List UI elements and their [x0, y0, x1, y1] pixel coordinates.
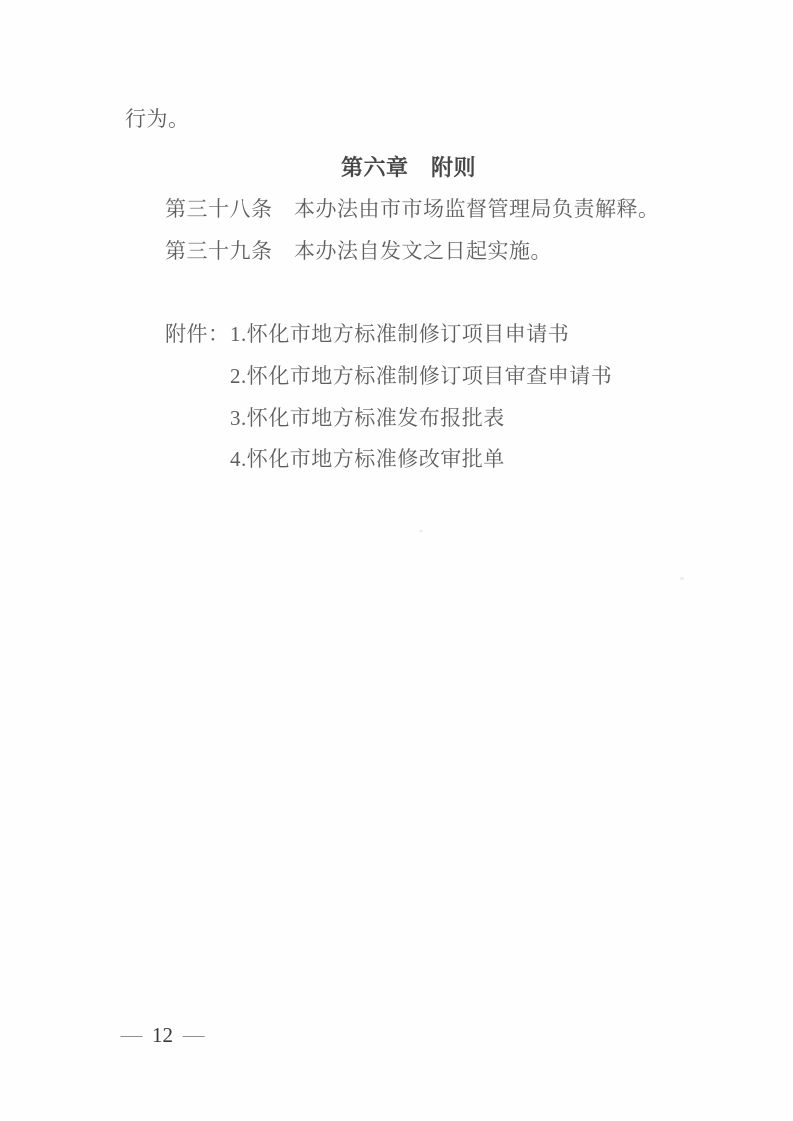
footer-dash-right: — — [183, 1023, 205, 1048]
chapter-heading: 第六章 附则 — [341, 155, 476, 180]
attachment-item-2: 2.怀化市地方标准制修订项目审查申请书 — [230, 364, 612, 389]
scan-speck — [419, 530, 423, 532]
page-footer: — 12 — — [122, 1023, 203, 1048]
article-38: 第三十八条 本办法由市市场监督管理局负责解释。 — [165, 197, 660, 222]
attachment-item-1: 1.怀化市地方标准制修订项目申请书 — [230, 322, 569, 347]
attachment-item-3: 3.怀化市地方标准发布报批表 — [230, 406, 505, 431]
article-39: 第三十九条 本办法自发文之日起实施。 — [165, 239, 552, 264]
attachments-label: 附件： — [165, 322, 230, 347]
footer-dash-left: — — [121, 1023, 143, 1048]
attachment-item-4: 4.怀化市地方标准修改审批单 — [230, 447, 505, 472]
scan-speck — [680, 577, 684, 580]
footer-page-number: 12 — [152, 1023, 173, 1048]
paragraph-continuation: 行为。 — [125, 107, 190, 132]
document-page: 行为。 第六章 附则 第三十八条 本办法由市市场监督管理局负责解释。 第三十九条… — [0, 0, 793, 1121]
